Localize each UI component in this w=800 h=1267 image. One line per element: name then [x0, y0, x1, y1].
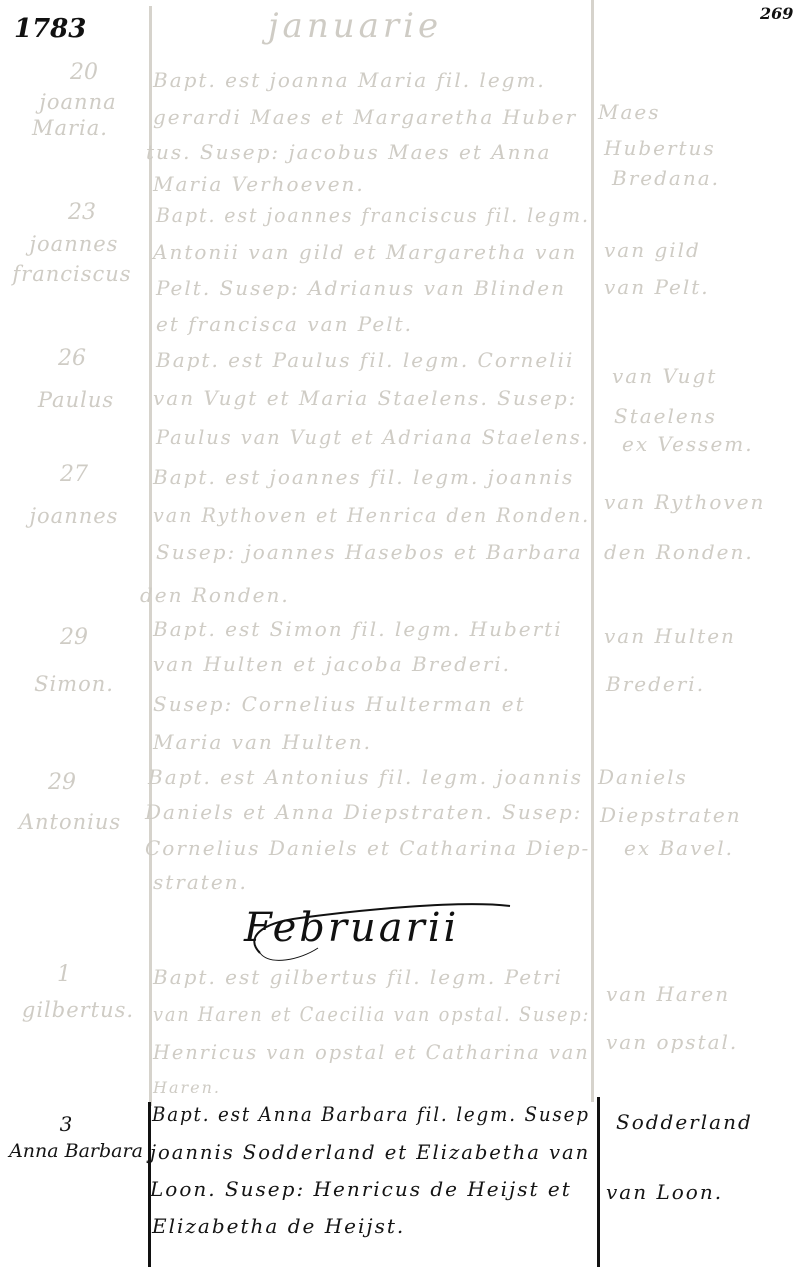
- entry-date: 23: [22, 200, 142, 225]
- entry-surname: van Rythoven: [604, 490, 765, 514]
- page-number: 269: [760, 4, 793, 23]
- entry-line: Loon. Susep: Henricus de Heijst et: [150, 1177, 572, 1201]
- entry-surname: Daniels: [598, 765, 688, 789]
- entry-surname: van opstal.: [606, 1030, 738, 1054]
- entry-line: van Haren et Caecilia van opstal. Susep:: [153, 1002, 590, 1026]
- entry-line: Bapt. est gilbertus fil. legm. Petri: [153, 965, 563, 989]
- entry-name: Paulus: [6, 388, 146, 412]
- entry-line: Antonii van gild et Margaretha van: [153, 240, 577, 264]
- entry-surname: Maes: [598, 100, 661, 124]
- entry-name: Simon.: [4, 672, 144, 696]
- entry-line: Bapt. est joannes fil. legm. joannis: [153, 465, 574, 489]
- entry-line: Daniels et Anna Diepstraten. Susep:: [145, 800, 582, 824]
- entry-line: Haren.: [153, 1078, 221, 1097]
- entry-line: Cornelius Daniels et Catharina Diep-: [145, 836, 590, 860]
- entry-line: Susep: joannes Hasebos et Barbara: [156, 540, 583, 564]
- entry-line: straten.: [153, 870, 248, 894]
- entry-line: joannis Sodderland et Elizabetha van: [150, 1140, 590, 1164]
- entry-date: 1: [4, 962, 124, 987]
- left-column-rule: [149, 6, 152, 1106]
- entry-surname: Brederi.: [606, 672, 705, 696]
- entry-line: Susep: Cornelius Hulterman et: [153, 692, 526, 716]
- month-heading-february: Februarii: [244, 905, 459, 951]
- entry-line: Bapt. est Paulus fil. legm. Cornelii: [156, 348, 574, 372]
- entry-line: van Vugt et Maria Staelens. Susep:: [153, 386, 577, 410]
- entry-surname: van Vugt: [612, 364, 717, 388]
- right-column-rule: [591, 0, 594, 1102]
- entry-date: 29: [14, 625, 134, 650]
- entry-date: 3: [6, 1112, 126, 1136]
- entry-line: van Rythoven et Henrica den Ronden.: [153, 503, 590, 527]
- entry-line: Elizabetha de Heijst.: [152, 1214, 405, 1238]
- entry-name: gilbertus.: [8, 998, 148, 1022]
- entry-line: Bapt. est joannes franciscus fil. legm.: [156, 203, 590, 227]
- entry-name: joannes: [4, 232, 144, 256]
- entry-surname: van Hulten: [604, 624, 736, 648]
- entry-name: Anna Barbara: [4, 1140, 148, 1162]
- entry-surname: ex Vessem.: [622, 432, 754, 456]
- entry-date: 29: [2, 770, 122, 795]
- entry-line: van Hulten et jacoba Brederi.: [153, 652, 511, 676]
- right-column-rule-dark: [597, 1097, 600, 1267]
- entry-line: Bapt. est Simon fil. legm. Huberti: [153, 617, 563, 641]
- entry-name: joanna: [8, 90, 148, 114]
- entry-line: tus. Susep: jacobus Maes et Anna: [146, 140, 551, 164]
- entry-line: Maria van Hulten.: [153, 730, 372, 754]
- entry-surname: van Haren: [606, 982, 730, 1006]
- entry-line: gerardi Maes et Margaretha Huber: [153, 105, 577, 129]
- entry-line: den Ronden.: [140, 583, 290, 607]
- entry-surname: van Loon.: [606, 1180, 723, 1204]
- entry-surname: Bredana.: [612, 166, 720, 190]
- entry-date: 20: [24, 60, 144, 85]
- entry-date: 27: [14, 462, 134, 487]
- entry-line: Bapt. est Antonius fil. legm. joannis: [148, 765, 583, 789]
- entry-line: Henricus van opstal et Catharina van: [153, 1040, 590, 1064]
- entry-surname: Hubertus: [604, 136, 716, 160]
- entry-name: Antonius: [0, 810, 140, 834]
- entry-line: Bapt. est joanna Maria fil. legm.: [153, 68, 546, 92]
- register-page: 1783 269 januarie 20 joanna Maria. Bapt.…: [0, 0, 800, 1267]
- entry-surname: Diepstraten: [600, 803, 742, 827]
- entry-line: et francisca van Pelt.: [156, 312, 413, 336]
- entry-surname: Sodderland: [616, 1110, 753, 1134]
- entry-line: Paulus van Vugt et Adriana Staelens.: [156, 425, 590, 449]
- year-heading: 1783: [14, 14, 86, 44]
- entry-surname: ex Bavel.: [624, 836, 734, 860]
- entry-name: franciscus: [2, 262, 142, 286]
- entry-name: Maria.: [0, 116, 140, 140]
- month-heading-january: januarie: [268, 6, 442, 46]
- entry-surname: Staelens: [614, 404, 717, 428]
- entry-name: joannes: [4, 504, 144, 528]
- entry-line: Pelt. Susep: Adrianus van Blinden: [156, 276, 566, 300]
- entry-surname: van Pelt.: [604, 275, 710, 299]
- entry-line: Bapt. est Anna Barbara fil. legm. Susep: [152, 1102, 590, 1126]
- entry-surname: den Ronden.: [604, 540, 754, 564]
- entry-date: 26: [12, 346, 132, 371]
- entry-surname: van gild: [604, 238, 701, 262]
- entry-line: Maria Verhoeven.: [153, 172, 365, 196]
